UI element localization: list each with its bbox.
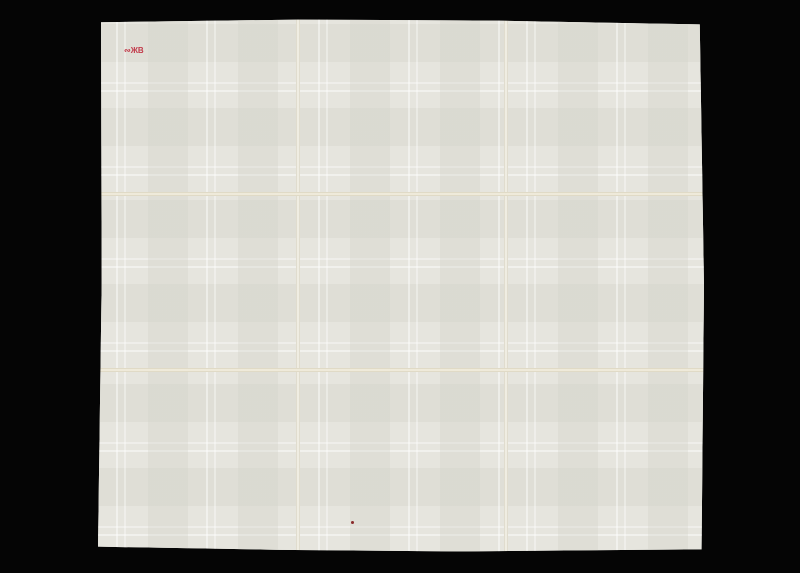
- panel-r2c1: [98, 196, 296, 368]
- panel-r1c1: [98, 18, 296, 192]
- panel-r1c2: [300, 18, 504, 192]
- panel-r1c3: [508, 18, 704, 192]
- horizontal-fold-1: [98, 192, 704, 196]
- vertical-fold-2: [504, 18, 508, 552]
- panel-r3c2: [300, 372, 504, 552]
- horizontal-fold-2: [98, 368, 704, 372]
- panel-r2c2: [300, 196, 504, 368]
- red-spot: [351, 521, 354, 524]
- vertical-fold-1: [296, 18, 300, 552]
- panel-r3c3: [508, 372, 704, 552]
- linen-napkin: [98, 18, 704, 552]
- red-monogram: ∾ЖB: [124, 46, 144, 55]
- panel-r2c3: [508, 196, 704, 368]
- panel-r3c1: [98, 372, 296, 552]
